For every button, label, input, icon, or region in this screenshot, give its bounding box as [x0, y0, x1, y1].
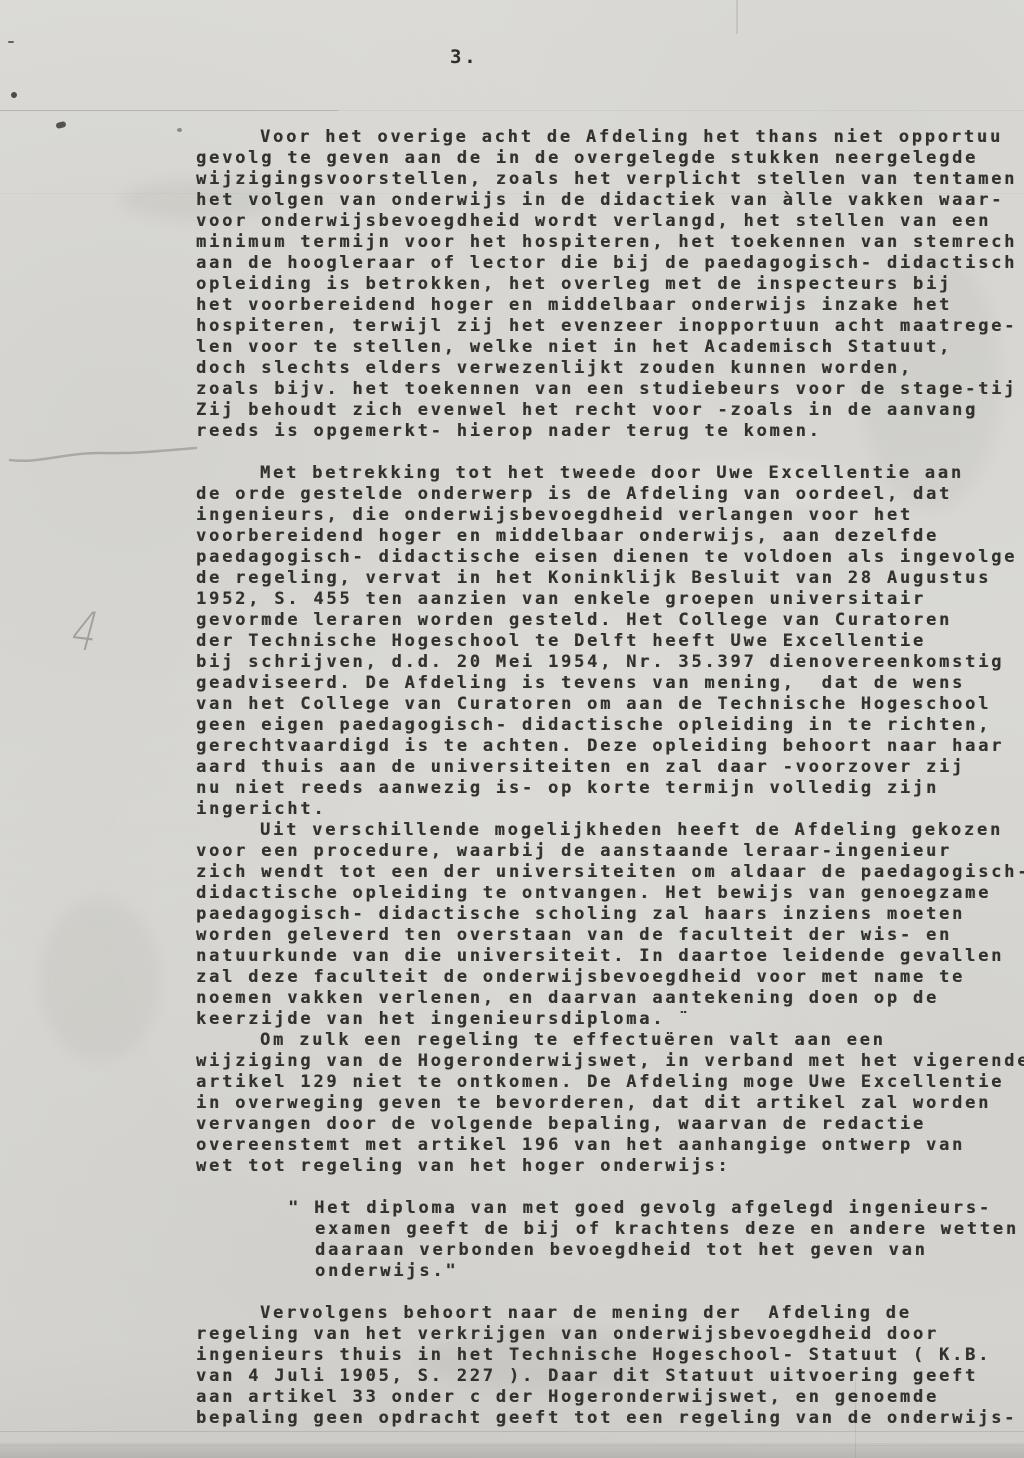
- text-line: zich wendt tot een der universiteiten om…: [196, 862, 1024, 883]
- text-line: Zij behoudt zich evenwel het recht voor …: [196, 400, 1024, 421]
- text-line: Vervolgens behoort naar de mening der Af…: [196, 1303, 1024, 1324]
- text-line: ingenieurs thuis in het Technische Hoges…: [196, 1345, 1024, 1366]
- text-line: ingericht.: [196, 799, 1024, 820]
- document-body: Voor het overige acht de Afdeling het th…: [196, 127, 1024, 1447]
- text-line: " Het diploma van met goed gevolg afgele…: [196, 1198, 1024, 1219]
- text-line: paedagogisch- didactische scholing zal h…: [196, 904, 1024, 925]
- text-line: opleiding is betrokken, het overleg met …: [196, 274, 1024, 295]
- text-line: aard thuis aan de universiteiten en zal …: [196, 757, 1024, 778]
- text-line: doch slechts elders verwezenlijkt zouden…: [196, 358, 1024, 379]
- text-line: Uit verschillende mogelijkheden heeft de…: [196, 820, 1024, 841]
- text-line: geadviseerd. De Afdeling is tevens van m…: [196, 673, 1024, 694]
- text-line: voor een procedure, waarbij de aanstaand…: [196, 841, 1024, 862]
- text-line: zoals bijv. het toekennen van een studie…: [196, 379, 1024, 400]
- text-line: gevormde leraren worden gesteld. Het Col…: [196, 610, 1024, 631]
- text-line: reeds is opgemerkt- hierop nader terug t…: [196, 421, 1024, 442]
- text-line: daaraan verbonden bevoegdheid tot het ge…: [196, 1240, 1024, 1261]
- text-line: hospiteren, terwijl zij het evenzeer ino…: [196, 316, 1024, 337]
- scan-streak-top: [0, 110, 338, 111]
- top-fold-mark: [736, 0, 738, 34]
- text-line: de orde gestelde onderwerp is de Afdelin…: [196, 484, 1024, 505]
- text-line: bepaling geen opdracht geeft tot een reg…: [196, 1408, 1024, 1429]
- text-line: gevolg te geven aan de in de overgelegde…: [196, 148, 1024, 169]
- text-line: wijzigingsvoorstellen, zoals het verplic…: [196, 169, 1024, 190]
- text-line: examen geeft de bij of krachtens deze en…: [196, 1219, 1024, 1240]
- pencil-scribble: [8, 444, 198, 466]
- ink-speck: [11, 92, 17, 98]
- scan-streak-top-faint: [338, 110, 1024, 111]
- page-bottom-shadow: [0, 1443, 1024, 1458]
- text-line: onderwijs.": [196, 1261, 1024, 1282]
- text-line: noemen vakken verlenen, en daarvan aante…: [196, 988, 1024, 1009]
- text-line: ingenieurs, die onderwijsbevoegdheid ver…: [196, 505, 1024, 526]
- text-line: overeenstemt met artikel 196 van het aan…: [196, 1135, 1024, 1156]
- text-line: de regeling, vervat in het Koninklijk Be…: [196, 568, 1024, 589]
- text-line: in overweging geven te bevorderen, dat d…: [196, 1093, 1024, 1114]
- margin-pencil-numeral: 4: [65, 599, 106, 663]
- page-number: 3.: [450, 46, 478, 68]
- text-line: gerechtvaardigd is te achten. Deze oplei…: [196, 736, 1024, 757]
- text-line: regeling van het verkrijgen van onderwij…: [196, 1324, 1024, 1345]
- text-line: bij schrijven, d.d. 20 Mei 1954, Nr. 35.…: [196, 652, 1024, 673]
- text-line: 1952, S. 455 ten aanzien van enkele groe…: [196, 589, 1024, 610]
- text-line: len voor te stellen, welke niet in het A…: [196, 337, 1024, 358]
- text-line: minimum termijn voor het hospiteren, het…: [196, 232, 1024, 253]
- text-line: aan de hoogleraar of lector die bij de p…: [196, 253, 1024, 274]
- ink-speck: [177, 128, 182, 132]
- text-line: geen eigen paedagogisch- didactische opl…: [196, 715, 1024, 736]
- text-line: Voor het overige acht de Afdeling het th…: [196, 127, 1024, 148]
- text-line: aan artikel 33 onder c der Hogeronderwij…: [196, 1387, 1024, 1408]
- text-line: voorbereidend hoger en middelbaar onderw…: [196, 526, 1024, 547]
- paper-smudge: [40, 900, 160, 1060]
- text-line: natuurkunde van die universiteit. In daa…: [196, 946, 1024, 967]
- ink-speck: [8, 41, 14, 43]
- text-line: vervangen door de volgende bepaling, waa…: [196, 1114, 1024, 1135]
- text-line: wet tot regeling van het hoger onderwijs…: [196, 1156, 1024, 1177]
- scanned-document-page: 4 3. Voor het overige acht de Afdeling h…: [0, 0, 1024, 1458]
- text-line: het volgen van onderwijs in de didactiek…: [196, 190, 1024, 211]
- text-line: zal deze faculteit de onderwijsbevoegdhe…: [196, 967, 1024, 988]
- ink-speck: [55, 121, 66, 129]
- text-line: der Technische Hogeschool te Delft heeft…: [196, 631, 1024, 652]
- text-line: van 4 Juli 1905, S. 227 ). Daar dit Stat…: [196, 1366, 1024, 1387]
- text-line: nu niet reeds aanwezig is- op korte term…: [196, 778, 1024, 799]
- text-line: wijziging van de Hogeronderwijswet, in v…: [196, 1051, 1024, 1072]
- text-line: het voorbereidend hoger en middelbaar on…: [196, 295, 1024, 316]
- text-line: Met betrekking tot het tweede door Uwe E…: [196, 463, 1024, 484]
- text-line: Om zulk een regeling te effectuëren valt…: [196, 1030, 1024, 1051]
- text-line: artikel 129 niet te ontkomen. De Afdelin…: [196, 1072, 1024, 1093]
- text-line: van het College van Curatoren om aan de …: [196, 694, 1024, 715]
- text-line: keerzijde van het ingenieursdiploma. ¨: [196, 1009, 1024, 1030]
- text-line: didactische opleiding te ontvangen. Het …: [196, 883, 1024, 904]
- text-line: paedagogisch- didactische eisen dienen t…: [196, 547, 1024, 568]
- text-line: voor onderwijsbevoegdheid wordt verlangd…: [196, 211, 1024, 232]
- text-line: worden geleverd ten overstaan van de fac…: [196, 925, 1024, 946]
